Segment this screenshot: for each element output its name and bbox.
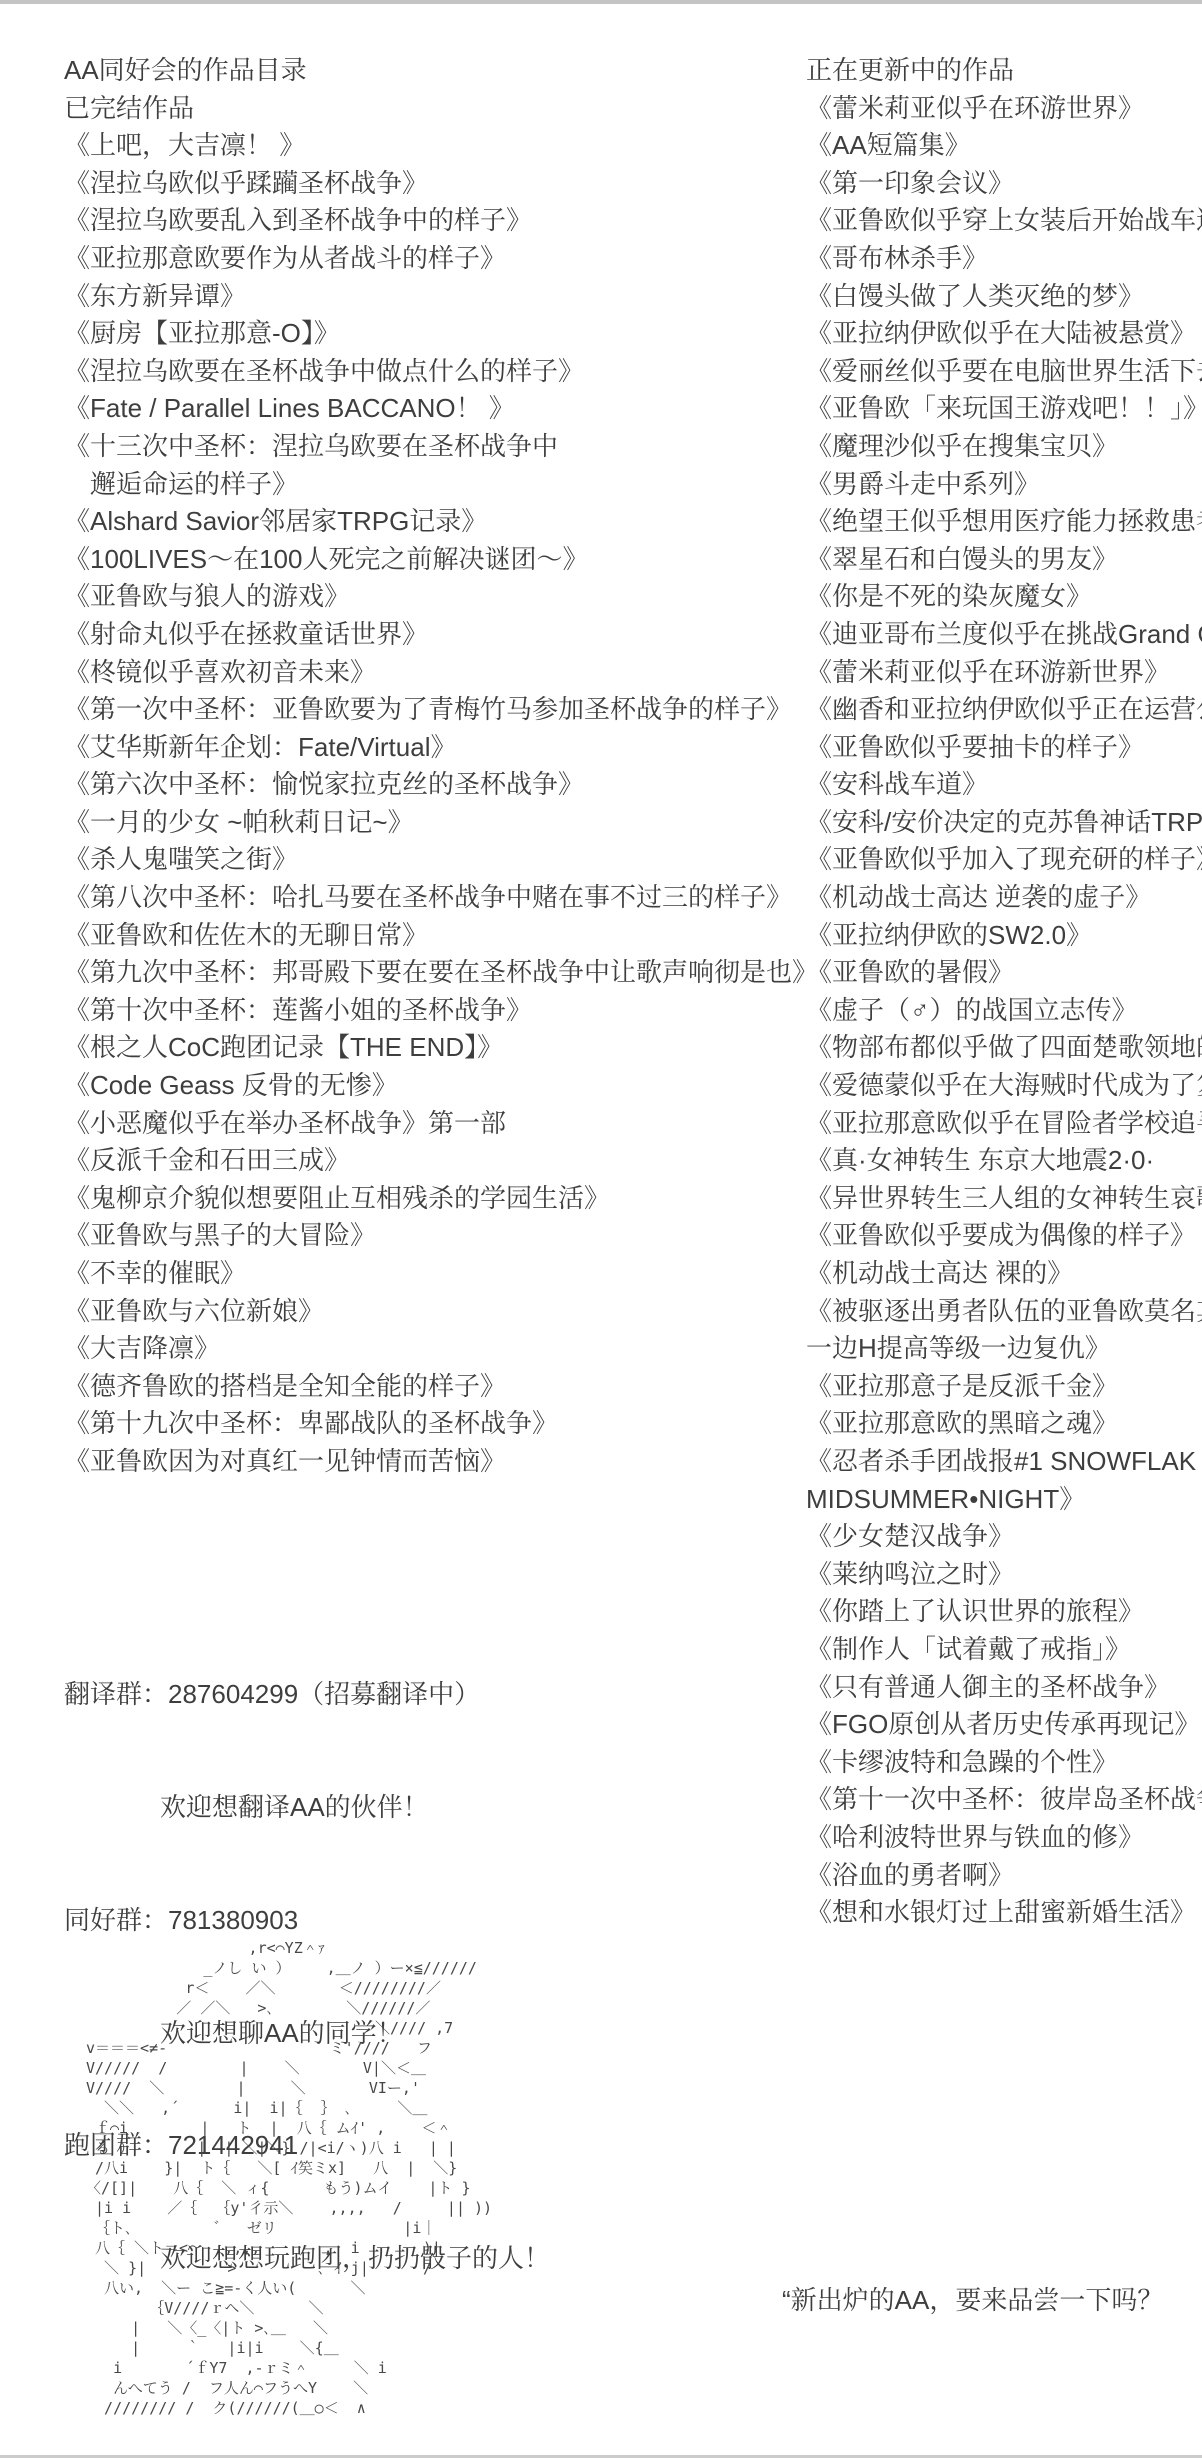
work-title: 《不幸的催眠》 — [64, 1255, 804, 1293]
completed-section-label: 已完结作品 — [64, 90, 804, 128]
fan-group-number: 781380903 — [168, 1905, 298, 1935]
work-title: 《第八次中圣杯：哈扎马要在圣杯战争中赌在事不过三的样子》 — [64, 879, 804, 917]
work-title: 《厨房【亚拉那意-O】》 — [64, 315, 804, 353]
work-title: 《虚子（♂）的战国立志传》 — [806, 992, 1202, 1030]
work-title: 《第十次中圣杯：莲酱小姐的圣杯战争》 — [64, 992, 804, 1030]
work-title: 《你踏上了认识世界的旅程》 — [806, 1593, 1202, 1631]
work-title: 《涅拉乌欧似乎蹂躏圣杯战争》 — [64, 165, 804, 203]
work-title: 《第六次中圣杯：愉悦家拉克丝的圣杯战争》 — [64, 766, 804, 804]
work-title: 《幽香和亚拉纳伊欧似乎正在运营公 — [806, 691, 1202, 729]
work-title: 《第九次中圣杯：邦哥殿下要在要在圣杯战争中让歌声响彻是也》 — [64, 954, 804, 992]
bottom-quote: “新出炉的AA，要来品尝一下吗？ — [782, 2280, 1163, 2317]
work-title: 《你是不死的染灰魔女》 — [806, 578, 1202, 616]
work-title: 《100LIVES～在100人死完之前解决谜团～》 — [64, 541, 804, 579]
work-title: 《安科战车道》 — [806, 766, 1202, 804]
work-title: 《机动战士高达 逆袭的虚子》 — [806, 879, 1202, 917]
fan-group-label: 同好群： — [64, 1905, 168, 1935]
work-title: 《亚拉纳伊欧似乎在大陆被悬赏》 — [806, 315, 1202, 353]
work-title: 《涅拉乌欧要乱入到圣杯战争中的样子》 — [64, 202, 804, 240]
work-title: 《亚拉那意子是反派千金》 — [806, 1368, 1202, 1406]
work-title: 《亚拉纳伊欧的SW2.0》 — [806, 917, 1202, 955]
work-title: 《第一次中圣杯：亚鲁欧要为了青梅竹马参加圣杯战争的样子》 — [64, 691, 804, 729]
work-title: 《射命丸似乎在拯救童话世界》 — [64, 616, 804, 654]
work-title: 《Alshard Savior邻居家TRPG记录》 — [64, 503, 804, 541]
work-title: 《亚拉那意欧的黑暗之魂》 — [806, 1405, 1202, 1443]
work-title: 《柊镜似乎喜欢初音未来》 — [64, 654, 804, 692]
completed-works-list: 《上吧，大吉凛！ 》《涅拉乌欧似乎蹂躏圣杯战争》《涅拉乌欧要乱入到圣杯战争中的样… — [64, 127, 804, 1480]
updating-works-column: 正在更新中的作品 《蕾米莉亚似乎在环游世界》《AA短篇集》《第一印象会议》《亚鲁… — [806, 52, 1202, 1932]
work-title: 《只有普通人御主的圣杯战争》 — [806, 1669, 1202, 1707]
top-edge-line — [0, 0, 1202, 4]
translation-group-note: 欢迎想翻译AA的伙伴！ — [64, 1789, 550, 1827]
work-title: 《爱丽丝似乎要在电脑世界生活下去 — [806, 353, 1202, 391]
work-title: 《Code Geass 反骨的无惨》 — [64, 1067, 804, 1105]
work-title: 《忍者杀手团战报#1 SNOWFLAK — [806, 1443, 1202, 1481]
catalog-page: AA同好会的作品目录 已完结作品 《上吧，大吉凛！ 》《涅拉乌欧似乎蹂躏圣杯战争… — [0, 0, 1202, 2458]
work-title: 《翠星石和白馒头的男友》 — [806, 541, 1202, 579]
work-title: 《涅拉乌欧要在圣杯战争中做点什么的样子》 — [64, 353, 804, 391]
work-title: 《小恶魔似乎在举办圣杯战争》第一部 — [64, 1105, 804, 1143]
fan-group-line: 同好群：781380903 — [64, 1902, 550, 1940]
work-title: 《亚鲁欧似乎加入了现充研的样子》 — [806, 841, 1202, 879]
work-title: 《大吉降凛》 — [64, 1330, 804, 1368]
work-title: 《杀人鬼嗤笑之街》 — [64, 841, 804, 879]
work-title: 邂逅命运的样子》 — [64, 466, 804, 504]
work-title: 《少女楚汉战争》 — [806, 1518, 1202, 1556]
work-title: 《蕾米莉亚似乎在环游世界》 — [806, 90, 1202, 128]
work-title: 《根之人CoC跑团记录【THE END】》 — [64, 1029, 804, 1067]
work-title: 《异世界转生三人组的女神转生哀歌 — [806, 1180, 1202, 1218]
work-title: 《第十九次中圣杯：卑鄙战队的圣杯战争》 — [64, 1405, 804, 1443]
catalog-title: AA同好会的作品目录 — [64, 52, 804, 90]
work-title: 《想和水银灯过上甜蜜新婚生活》 — [806, 1894, 1202, 1932]
work-title: 《德齐鲁欧的搭档是全知全能的样子》 — [64, 1368, 804, 1406]
updating-works-list: 《蕾米莉亚似乎在环游世界》《AA短篇集》《第一印象会议》《亚鲁欧似乎穿上女装后开… — [806, 90, 1202, 1932]
work-title: 《十三次中圣杯：涅拉乌欧要在圣杯战争中 — [64, 428, 804, 466]
work-title: 《艾华斯新年企划：Fate/Virtual》 — [64, 729, 804, 767]
work-title: 《亚鲁欧和佐佐木的无聊日常》 — [64, 917, 804, 955]
work-title: 《哈利波特世界与铁血的修》 — [806, 1819, 1202, 1857]
work-title: 《绝望王似乎想用医疗能力拯救患者 — [806, 503, 1202, 541]
work-title: 《亚鲁欧似乎要成为偶像的样子》 — [806, 1217, 1202, 1255]
work-title: 《迪亚哥布兰度似乎在挑战Grand O — [806, 616, 1202, 654]
work-title: 《浴血的勇者啊》 — [806, 1857, 1202, 1895]
work-title: 《FGO原创从者历史传承再现记》 — [806, 1706, 1202, 1744]
work-title: 《东方新异谭》 — [64, 278, 804, 316]
translation-group-label: 翻译群： — [64, 1679, 168, 1709]
work-title: MIDSUMMER•NIGHT》 — [806, 1481, 1202, 1519]
work-title: 《亚鲁欧与黑子的大冒险》 — [64, 1217, 804, 1255]
work-title: 《第十一次中圣杯：彼岸岛圣杯战争 — [806, 1781, 1202, 1819]
work-title: 《真·女神转生 东京大地震2·0· — [806, 1142, 1202, 1180]
work-title: 《安科/安价决定的克苏鲁神话TRPG — [806, 804, 1202, 842]
work-title: 《亚鲁欧的暑假》 — [806, 954, 1202, 992]
updating-section-label: 正在更新中的作品 — [806, 52, 1202, 90]
work-title: 《白馒头做了人类灭绝的梦》 — [806, 278, 1202, 316]
work-title: 《爱德蒙似乎在大海贼时代成为了复 — [806, 1067, 1202, 1105]
work-title: 《男爵斗走中系列》 — [806, 466, 1202, 504]
work-title: 《亚拉那意欧似乎在冒险者学校追寻 — [806, 1105, 1202, 1143]
work-title: 《制作人「试着戴了戒指」》 — [806, 1631, 1202, 1669]
work-title: 《机动战士高达 裸的》 — [806, 1255, 1202, 1293]
work-title: 《鬼柳京介貌似想要阻止互相残杀的学园生活》 — [64, 1180, 804, 1218]
work-title: 《亚鲁欧因为对真红一见钟情而苦恼》 — [64, 1443, 804, 1481]
translation-group-line: 翻译群：287604299（招募翻译中） — [64, 1676, 550, 1714]
work-title: 《亚鲁欧与狼人的游戏》 — [64, 578, 804, 616]
work-title: 《魔理沙似乎在搜集宝贝》 — [806, 428, 1202, 466]
completed-works-column: AA同好会的作品目录 已完结作品 《上吧，大吉凛！ 》《涅拉乌欧似乎蹂躏圣杯战争… — [64, 52, 804, 1481]
work-title: 《莱纳鸣泣之时》 — [806, 1556, 1202, 1594]
ascii-art-character: ,r<⌒YZ＾ｧ _ノし い ） ,＿ノ ）ー×≦////// r＜ ／＼ ＜/… — [86, 1938, 492, 2418]
work-title: 《Fate / Parallel Lines BACCANO！ 》 — [64, 390, 804, 428]
translation-group-number: 287604299（招募翻译中） — [168, 1679, 480, 1709]
work-title: 《AA短篇集》 — [806, 127, 1202, 165]
work-title: 《亚鲁欧似乎要抽卡的样子》 — [806, 729, 1202, 767]
work-title: 《蕾米莉亚似乎在环游新世界》 — [806, 654, 1202, 692]
work-title: 《亚拉那意欧要作为从者战斗的样子》 — [64, 240, 804, 278]
work-title: 《一月的少女 ~帕秋莉日记~》 — [64, 804, 804, 842]
work-title: 《亚鲁欧「来玩国王游戏吧！！」》 — [806, 390, 1202, 428]
work-title: 《亚鲁欧与六位新娘》 — [64, 1293, 804, 1331]
work-title: 《反派千金和石田三成》 — [64, 1142, 804, 1180]
work-title: 《卡缪波特和急躁的个性》 — [806, 1744, 1202, 1782]
work-title: 《第一印象会议》 — [806, 165, 1202, 203]
work-title: 《哥布林杀手》 — [806, 240, 1202, 278]
work-title: 《亚鲁欧似乎穿上女装后开始战车道 — [806, 202, 1202, 240]
work-title: 《上吧，大吉凛！ 》 — [64, 127, 804, 165]
work-title: 一边H提高等级一边复仇》 — [806, 1330, 1202, 1368]
work-title: 《物部布都似乎做了四面楚歌领地的 — [806, 1029, 1202, 1067]
work-title: 《被驱逐出勇者队伍的亚鲁欧莫名其 — [806, 1293, 1202, 1331]
